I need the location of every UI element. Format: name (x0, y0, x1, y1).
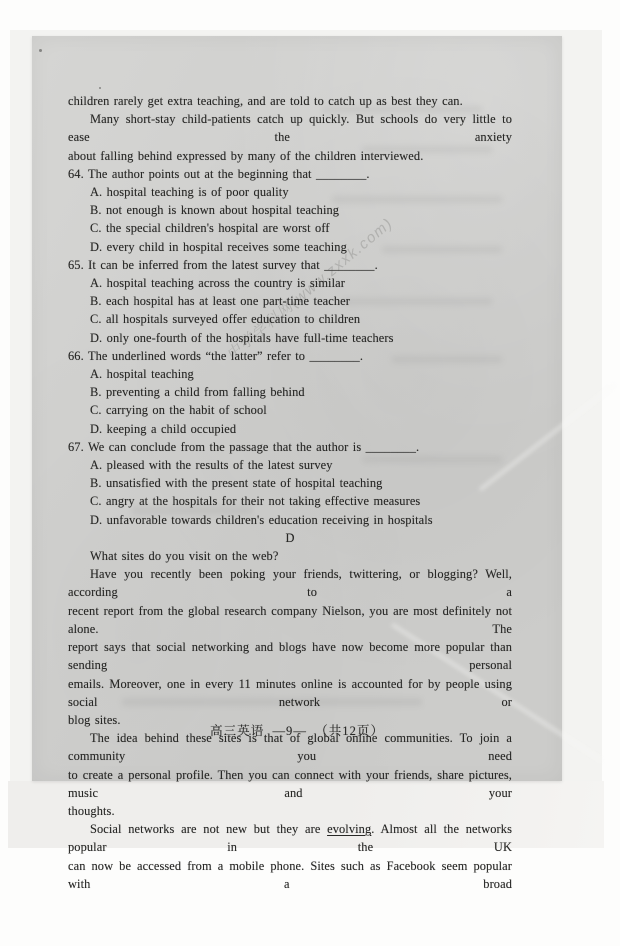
passage-line: report says that social networking and b… (68, 638, 512, 674)
option-line: D. keeping a child occupied (68, 420, 512, 438)
option-line: C. all hospitals surveyed offer educatio… (68, 310, 512, 328)
passage-line: recent report from the global research c… (68, 602, 512, 638)
exam-text-block: children rarely get extra teaching, and … (68, 92, 512, 893)
option-line: B. unsatisfied with the present state of… (68, 474, 512, 492)
option-line: A. pleased with the results of the lates… (68, 456, 512, 474)
option-line: A. hospital teaching is of poor quality (68, 183, 512, 201)
option-line: B. not enough is known about hospital te… (68, 201, 512, 219)
option-line: C. the special children's hospital are w… (68, 219, 512, 237)
passage-line: thoughts. (68, 802, 512, 820)
passage-line: children rarely get extra teaching, and … (68, 92, 512, 110)
passage-line: Many short-stay child-patients catch up … (68, 110, 512, 146)
exam-page: 中学学科网(www.zxxk.com) children rarely get … (32, 36, 562, 781)
option-line: A. hospital teaching across the country … (68, 274, 512, 292)
scan-speck (99, 87, 101, 89)
option-line: A. hospital teaching (68, 365, 512, 383)
option-line: D. only one-fourth of the hospitals have… (68, 329, 512, 347)
underlined-word: evolving (327, 822, 371, 836)
section-label: D (68, 529, 512, 547)
passage-line: What sites do you visit on the web? (68, 547, 512, 565)
question-line: 64. The author points out at the beginni… (68, 165, 512, 183)
text-run: Social networks are not new but they are (90, 822, 327, 836)
option-line: D. every child in hospital receives some… (68, 238, 512, 256)
passage-line: can now be accessed from a mobile phone.… (68, 857, 512, 893)
passage-line: Social networks are not new but they are… (68, 820, 512, 856)
scan-speck (39, 49, 42, 52)
passage-line: emails. Moreover, one in every 11 minute… (68, 675, 512, 711)
option-line: C. carrying on the habit of school (68, 401, 512, 419)
option-line: B. preventing a child from falling behin… (68, 383, 512, 401)
question-line: 67. We can conclude from the passage tha… (68, 438, 512, 456)
passage-line: about falling behind expressed by many o… (68, 147, 512, 165)
option-line: B. each hospital has at least one part-t… (68, 292, 512, 310)
question-line: 66. The underlined words “the latter” re… (68, 347, 512, 365)
option-line: D. unfavorable towards children's educat… (68, 511, 512, 529)
page-footer: 高三英语 —9— （共12页） (32, 720, 562, 739)
scanned-exam-photo: 中学学科网(www.zxxk.com) children rarely get … (0, 0, 620, 946)
passage-line: to create a personal profile. Then you c… (68, 766, 512, 802)
question-line: 65. It can be inferred from the latest s… (68, 256, 512, 274)
passage-line: Have you recently been poking your frien… (68, 565, 512, 601)
option-line: C. angry at the hospitals for their not … (68, 492, 512, 510)
